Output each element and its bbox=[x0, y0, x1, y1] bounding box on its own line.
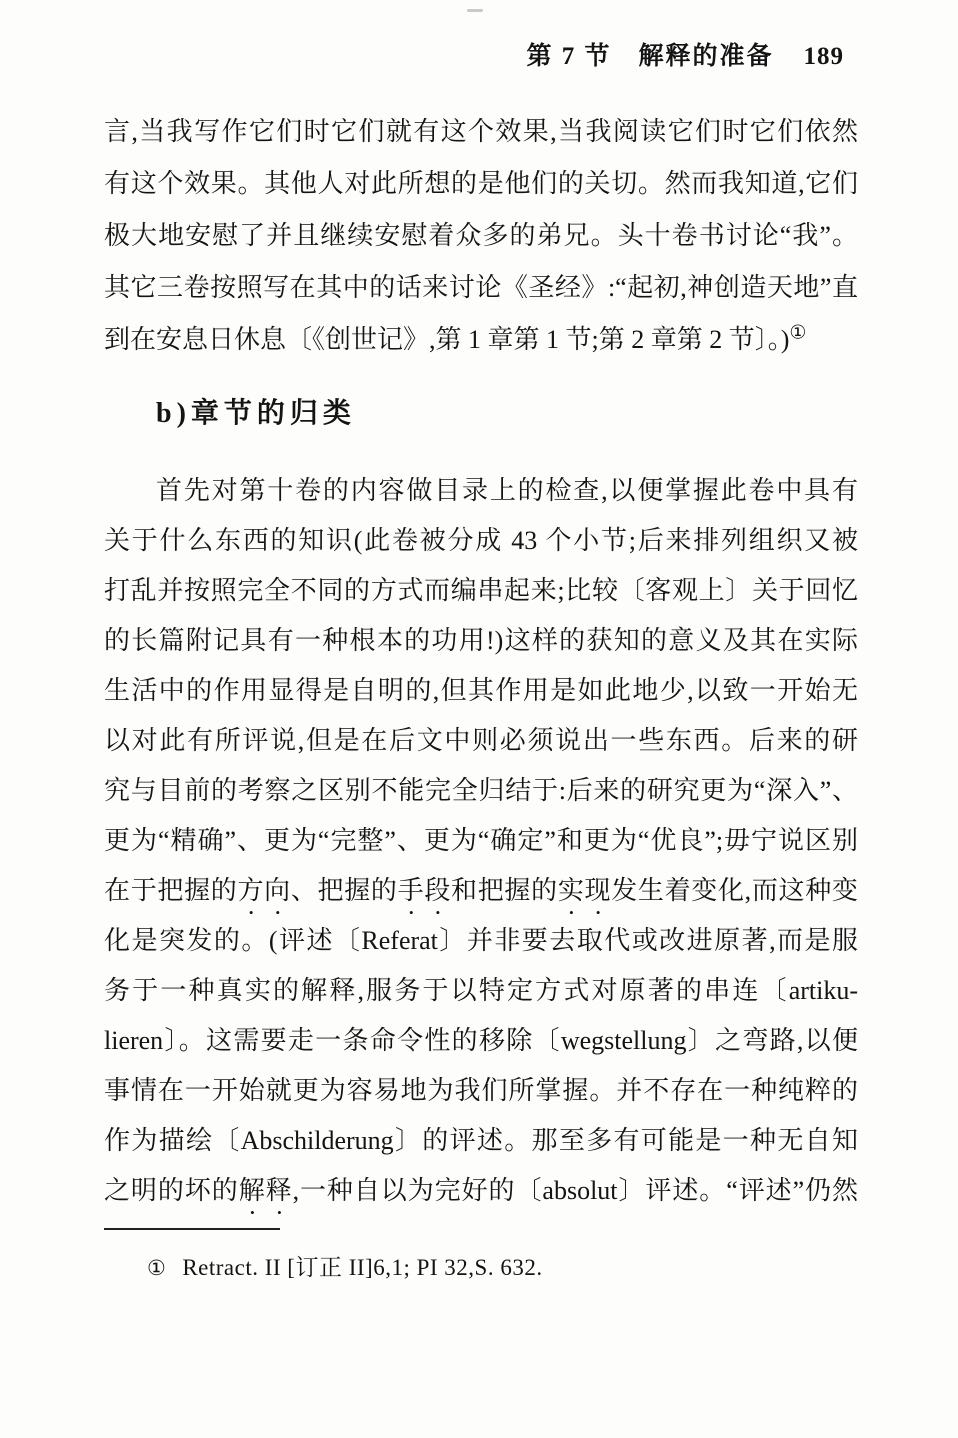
text-line: 事情在一开始就更为容易地为我们所掌握。并不存在一种纯粹的 bbox=[104, 1066, 858, 1116]
emphasized-text: 手段 bbox=[398, 876, 451, 905]
text-line: 首先对第十卷的内容做目录上的检查,以便掌握此卷中具有 bbox=[104, 466, 858, 516]
footnote: ①Retract. II [订正 II]6,1; PI 32,S. 632. bbox=[147, 1252, 543, 1284]
text-line: 打乱并按照完全不同的方式而编串起来;比较〔客观上〕关于回忆 bbox=[104, 566, 858, 616]
emphasized-text: 解释 bbox=[239, 1176, 293, 1205]
text-line: 更为“精确”、更为“完整”、更为“确定”和更为“优良”;毋宁说区别 bbox=[104, 816, 858, 866]
text-line: 务于一种真实的解释,服务于以特定方式对原著的串连〔artiku- bbox=[104, 966, 858, 1016]
text-line: 化是突发的。(评述〔Referat〕并非要去取代或改进原著,而是服 bbox=[104, 916, 858, 966]
book-page: 第 7 节 解释的准备189 言,当我写作它们时它们就有这个效果,当我阅读它们时… bbox=[0, 0, 958, 1438]
paragraph-2: 首先对第十卷的内容做目录上的检查,以便掌握此卷中具有 关于什么东西的知识(此卷被… bbox=[104, 466, 858, 1216]
text-line: 以对此有所评说,但是在后文中则必须说出一些东西。后来的研 bbox=[104, 716, 858, 766]
text-line: 关于什么东西的知识(此卷被分成 43 个小节;后来排列组织又被 bbox=[104, 516, 858, 566]
text-segment: 和把握的 bbox=[451, 876, 558, 905]
text-line-with-emphasis: 在于把握的方向、把握的手段和把握的实现发生着变化,而这种变 bbox=[104, 866, 858, 916]
text-line: 到在安息日休息〔《创世记》,第 1 章第 1 节;第 2 章第 2 节〕。)① bbox=[104, 314, 858, 366]
text-segment: 之明的坏的 bbox=[104, 1176, 239, 1205]
text-line: 的长篇附记具有一种根本的功用!)这样的获知的意义及其在实际 bbox=[104, 616, 858, 666]
text-segment: 在于把握的 bbox=[104, 876, 237, 905]
emphasized-text: 实现 bbox=[558, 876, 611, 905]
footnote-text: Retract. II [订正 II]6,1; PI 32,S. 632. bbox=[182, 1255, 542, 1280]
running-head: 第 7 节 解释的准备189 bbox=[526, 36, 844, 72]
footnote-marker: ① bbox=[147, 1256, 166, 1280]
emphasized-text: 方向 bbox=[237, 876, 290, 905]
text-line: 其它三卷按照写在其中的话来讨论《圣经》:“起初,神创造天地”直 bbox=[104, 262, 858, 314]
scan-artifact bbox=[467, 9, 483, 12]
text-line: 究与目前的考察之区别不能完全归结于:后来的研究更为“深入”、 bbox=[104, 766, 858, 816]
text-line-content: 到在安息日休息〔《创世记》,第 1 章第 1 节;第 2 章第 2 节〕。) bbox=[104, 325, 789, 354]
footnote-reference-mark: ① bbox=[789, 322, 806, 343]
text-segment: 发生着变化,而这种变 bbox=[611, 876, 858, 905]
text-segment: ,一种自以为完好的〔absolut〕评述。“评述”仍然 bbox=[293, 1176, 858, 1205]
page-number: 189 bbox=[804, 43, 845, 70]
text-line: 言,当我写作它们时它们就有这个效果,当我阅读它们时它们依然 bbox=[104, 106, 858, 158]
running-head-section-title: 第 7 节 解释的准备 bbox=[526, 43, 773, 70]
footnote-separator bbox=[104, 1228, 280, 1230]
text-segment: 、把握的 bbox=[291, 876, 398, 905]
paragraph-1: 言,当我写作它们时它们就有这个效果,当我阅读它们时它们依然 有这个效果。其他人对… bbox=[104, 106, 858, 366]
body-text: 言,当我写作它们时它们就有这个效果,当我阅读它们时它们依然 有这个效果。其他人对… bbox=[104, 106, 858, 1216]
text-line: 有这个效果。其他人对此所想的是他们的关切。然而我知道,它们 bbox=[104, 158, 858, 210]
text-line-with-emphasis: 之明的坏的解释,一种自以为完好的〔absolut〕评述。“评述”仍然 bbox=[104, 1166, 858, 1216]
text-line: 极大地安慰了并且继续安慰着众多的弟兄。头十卷书讨论“我”。 bbox=[104, 210, 858, 262]
section-heading: b)章节的归类 bbox=[104, 388, 858, 440]
text-line: lieren〕。这需要走一条命令性的移除〔wegstellung〕之弯路,以便 bbox=[104, 1016, 858, 1066]
text-line: 作为描绘〔Abschilderung〕的评述。那至多有可能是一种无自知 bbox=[104, 1116, 858, 1166]
text-line: 生活中的作用显得是自明的,但其作用是如此地少,以致一开始无 bbox=[104, 666, 858, 716]
